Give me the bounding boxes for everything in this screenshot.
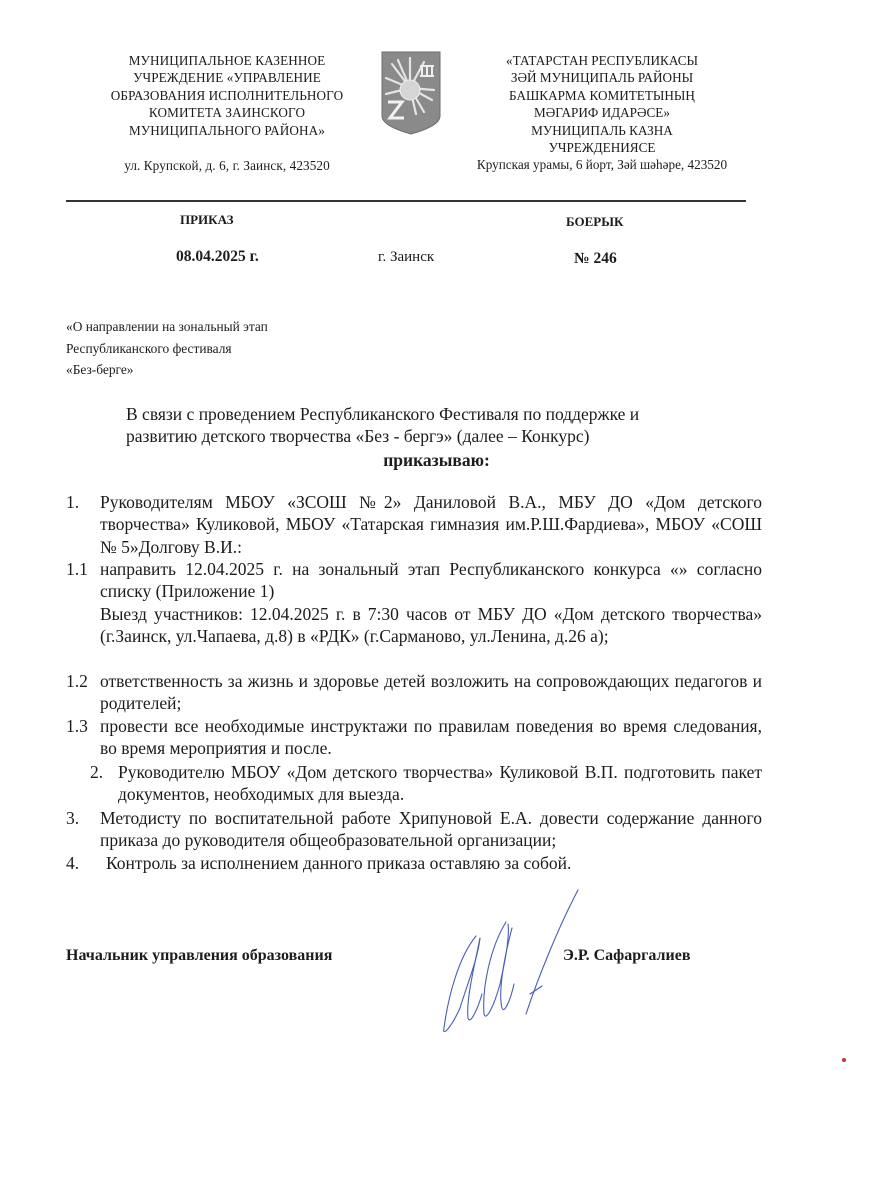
- order-number: № 246: [574, 250, 617, 268]
- org-name-tt-line: «ТАТАРСТАН РЕСПУБЛИКАСЫ: [452, 52, 752, 69]
- org-name-tt-line: МӘГАРИФ ИДАРӘСЕ»: [452, 104, 752, 121]
- order-directive: приказываю:: [0, 450, 873, 471]
- order-item-3: 3. Методисту по воспитательной работе Хр…: [66, 807, 762, 852]
- item-number: 1.2: [66, 670, 88, 692]
- order-item-1-1: 1.1 направить 12.04.2025 г. на зональный…: [66, 558, 762, 647]
- item-text: провести все необходимые инструктажи по …: [100, 715, 762, 760]
- org-address-ru: ул. Крупской, д. 6, г. Заинск, 423520: [92, 157, 362, 174]
- org-name-ru-line: КОМИТЕТА ЗАИНСКОГО: [92, 104, 362, 121]
- item-number: 4.: [66, 852, 79, 874]
- org-name-ru-line: УЧРЕЖДЕНИЕ «УПРАВЛЕНИЕ: [92, 69, 362, 86]
- org-name-ru-line: МУНИЦИПАЛЬНОЕ КАЗЕННОЕ: [92, 52, 362, 69]
- header-left-block: МУНИЦИПАЛЬНОЕ КАЗЕННОЕ УЧРЕЖДЕНИЕ «УПРАВ…: [92, 52, 362, 174]
- order-title-ru: ПРИКАЗ: [180, 212, 234, 228]
- order-item-4: 4. Контроль за исполнением данного прика…: [66, 852, 762, 874]
- red-mark: [842, 1058, 846, 1062]
- signatory-name: Э.Р. Сафаргалиев: [563, 947, 691, 965]
- order-item-1-3: 1.3 провести все необходимые инструктажи…: [66, 715, 762, 760]
- item-number: 1.1: [66, 558, 88, 580]
- item-text: ответственность за жизнь и здоровье дете…: [100, 670, 762, 715]
- item-number: 3.: [66, 807, 79, 829]
- subject-line: «Без-берге»: [66, 359, 268, 381]
- org-name-tt-line: ЗӘЙ МУНИЦИПАЛЬ РАЙОНЫ: [452, 69, 752, 86]
- item-number: 1.: [66, 491, 79, 513]
- subject-line: Республиканского фестиваля: [66, 338, 268, 360]
- header-right-block: «ТАТАРСТАН РЕСПУБЛИКАСЫ ЗӘЙ МУНИЦИПАЛЬ Р…: [452, 52, 752, 174]
- order-item-1: 1. Руководителям МБОУ «ЗСОШ №2» Данилово…: [66, 491, 762, 558]
- item-number: 2.: [90, 761, 103, 783]
- preamble-line: В связи с проведением Республиканского Ф…: [126, 403, 746, 425]
- preamble: В связи с проведением Республиканского Ф…: [126, 403, 746, 447]
- item-text: Руководителю МБОУ «Дом детского творчест…: [118, 761, 762, 806]
- item-text: Руководителям МБОУ «ЗСОШ №2» Даниловой В…: [100, 491, 762, 558]
- item-text: направить 12.04.2025 г. на зональный эта…: [100, 558, 762, 603]
- header-divider: [66, 200, 746, 202]
- org-name-ru-line: ОБРАЗОВАНИЯ ИСПОЛНИТЕЛЬНОГО: [92, 87, 362, 104]
- item-text-departure: Выезд участников: 12.04.2025 г. в 7:30 ч…: [100, 603, 762, 648]
- order-city: г. Заинск: [378, 249, 434, 266]
- org-name-tt-line: БАШКАРМА КОМИТЕТЫНЫҢ: [452, 87, 752, 104]
- item-number: 1.3: [66, 715, 88, 737]
- org-name-tt-line: УЧРЕЖДЕНИЯСЕ: [452, 139, 752, 156]
- item-text: Контроль за исполнением данного приказа …: [106, 852, 762, 874]
- org-name-ru-line: МУНИЦИПАЛЬНОГО РАЙОНА»: [92, 122, 362, 139]
- org-address-tt: Крупская урамы, 6 йорт, Зәй шәһәре, 4235…: [452, 156, 752, 173]
- coat-of-arms-icon: [380, 50, 442, 136]
- subject-line: «О направлении на зональный этап: [66, 316, 268, 338]
- order-item-2: 2. Руководителю МБОУ «Дом детского творч…: [66, 761, 762, 806]
- order-subject: «О направлении на зональный этап Республ…: [66, 316, 268, 381]
- order-item-1-2: 1.2 ответственность за жизнь и здоровье …: [66, 670, 762, 715]
- preamble-line: развитию детского творчества «Без - берг…: [126, 425, 746, 447]
- item-text: Методисту по воспитательной работе Хрипу…: [100, 807, 762, 852]
- org-name-tt-line: МУНИЦИПАЛЬ КАЗНА: [452, 122, 752, 139]
- order-title-tt: БОЕРЫК: [566, 214, 623, 230]
- order-date: 08.04.2025 г.: [176, 248, 259, 266]
- signatory-position: Начальник управления образования: [66, 947, 332, 965]
